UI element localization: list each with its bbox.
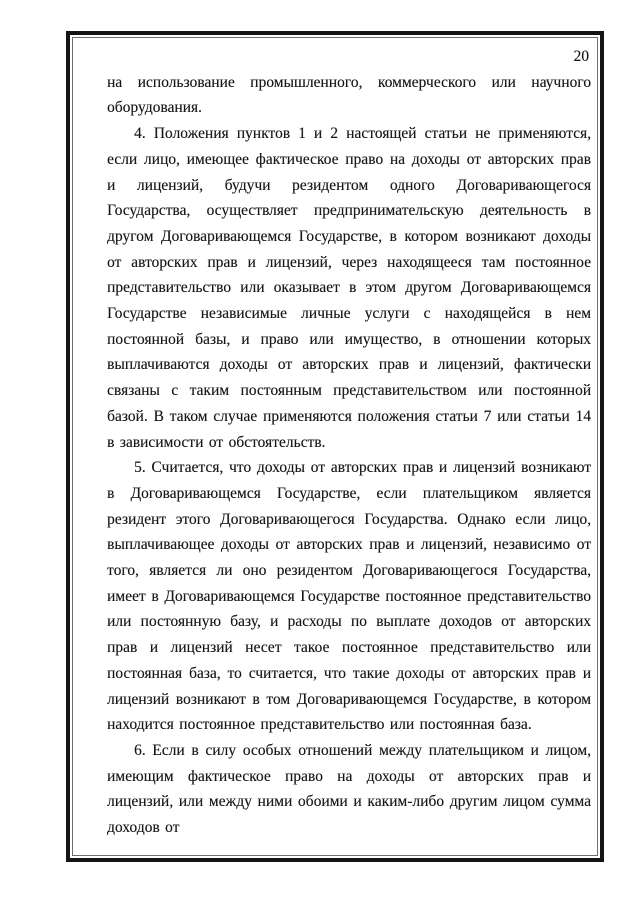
paragraph-continuation: на использование промышленного, коммерче… bbox=[107, 70, 591, 121]
document-body-text: на использование промышленного, коммерче… bbox=[107, 70, 591, 841]
page-content: 20 на использование промышленного, комме… bbox=[70, 35, 600, 858]
paragraph-clause-4: 4. Положения пунктов 1 и 2 настоящей ста… bbox=[107, 121, 591, 455]
document-page: 20 на использование промышленного, комме… bbox=[66, 31, 604, 862]
paragraph-clause-6: 6. Если в силу особых отношений между пл… bbox=[107, 738, 591, 841]
scanned-document-screenshot: 20 на использование промышленного, комме… bbox=[0, 0, 640, 905]
page-number: 20 bbox=[107, 44, 591, 70]
paragraph-clause-5: 5. Считается, что доходы от авторских пр… bbox=[107, 455, 591, 738]
